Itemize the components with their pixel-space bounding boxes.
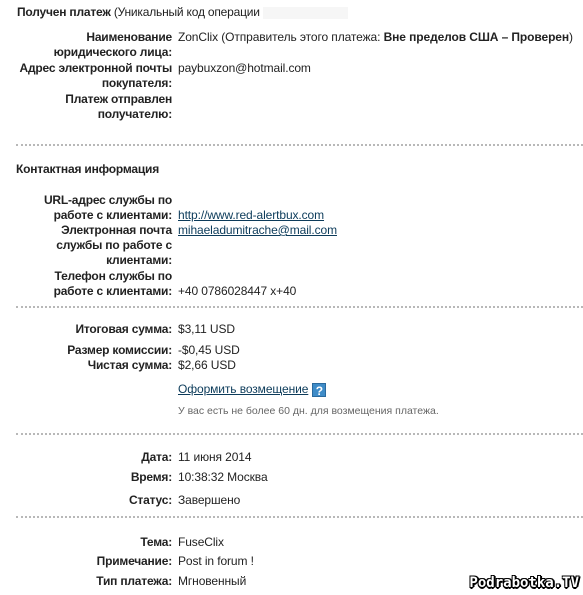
payment-received-header: Получен платеж (Уникальный код операции	[17, 5, 348, 19]
header-code-label: (Уникальный код операции	[114, 5, 260, 19]
separator	[16, 433, 583, 435]
value-subject: FuseClix	[178, 535, 224, 550]
refund-row: Оформить возмещение?	[178, 382, 326, 397]
watermark-logo: Podrabotka.TV	[469, 575, 579, 591]
value-support-email: mihaeladumitrache@mail.com	[178, 223, 337, 238]
support-url-link[interactable]: http://www.red-alertbux.com	[178, 208, 324, 222]
sender-status: Вне пределов США – Проверен	[384, 30, 569, 44]
label-buyer-email: Адрес электронной почты покупателя:	[7, 61, 172, 91]
value-date: 11 июня 2014	[178, 450, 251, 465]
sender-tail: )	[569, 30, 573, 44]
value-buyer-email: paybuxzon@hotmail.com	[178, 61, 311, 76]
label-legal-name: Наименование юридического лица:	[12, 30, 172, 60]
label-status: Статус:	[129, 493, 172, 508]
value-status: Завершено	[178, 493, 240, 508]
value-time: 10:38:32 Москва	[178, 470, 268, 485]
label-support-url: URL-адрес службы по работе с клиентами:	[32, 193, 172, 223]
contact-section-title: Контактная информация	[16, 162, 159, 176]
label-subject: Тема:	[140, 535, 172, 550]
label-support-email: Электронная почта службы по работе с кли…	[52, 223, 172, 268]
value-note: Post in forum !	[178, 554, 254, 569]
label-sent-to-recipient: Платеж отправлен получателю:	[52, 92, 172, 122]
separator	[16, 144, 583, 146]
label-gross-amount: Итоговая сумма:	[75, 322, 172, 337]
sender-name: ZonClix (Отправитель этого платежа:	[178, 30, 384, 44]
label-date: Дата:	[141, 450, 172, 465]
label-time: Время:	[131, 470, 172, 485]
separator	[16, 306, 583, 308]
value-gross-amount: $3,11 USD	[178, 322, 235, 337]
value-support-url: http://www.red-alertbux.com	[178, 208, 324, 223]
value-support-phone: +40 0786028447 x+40	[178, 284, 296, 299]
refund-note: У вас есть не более 60 дн. для возмещени…	[178, 405, 439, 417]
redacted-transaction-code	[263, 7, 348, 19]
value-payment-type: Мгновенный	[178, 574, 246, 589]
label-net-amount: Чистая сумма:	[88, 358, 172, 373]
label-fee: Размер комиссии:	[67, 343, 172, 358]
refund-link[interactable]: Оформить возмещение	[178, 382, 308, 396]
value-legal-name: ZonClix (Отправитель этого платежа: Вне …	[178, 30, 573, 45]
label-support-phone: Телефон службы по работе с клиентами:	[32, 269, 172, 299]
header-title: Получен платеж	[17, 5, 111, 19]
separator	[16, 516, 583, 518]
help-icon[interactable]: ?	[312, 383, 326, 397]
value-net-amount: $2,66 USD	[178, 358, 236, 373]
label-note: Примечание:	[97, 554, 172, 569]
label-payment-type: Тип платежа:	[96, 574, 172, 589]
value-fee: -$0,45 USD	[178, 343, 240, 358]
support-email-link[interactable]: mihaeladumitrache@mail.com	[178, 223, 337, 237]
